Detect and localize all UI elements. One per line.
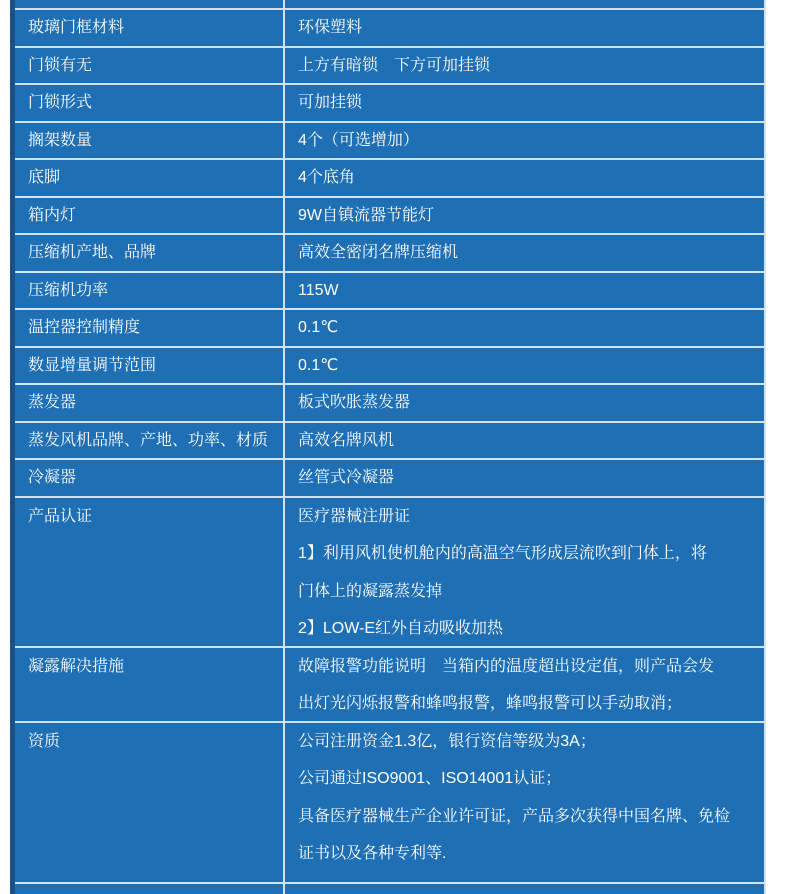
spec-label-cell: 压缩机产地、品牌 <box>15 235 285 271</box>
spec-value-line: 9W自镇流器节能灯 <box>298 198 754 234</box>
spec-value-line: 出灯光闪烁报警和蜂鸣报警，蜂鸣报警可以手动取消； <box>298 685 754 721</box>
spec-label: 搁架数量 <box>28 123 273 159</box>
table-row: 箱内灯9W自镇流器节能灯 <box>15 198 764 236</box>
table-row: 压缩机功率115W <box>15 273 764 311</box>
table-row: 玻璃门框材料环保塑料 <box>15 10 764 48</box>
spec-value-line: 0.1℃ <box>298 310 754 346</box>
spec-label-cell: 蒸发风机品牌、产地、功率、材质 <box>15 423 285 459</box>
spec-value-cell: 高效全密闭名牌压缩机 <box>285 235 764 271</box>
spec-value-cell: 丝管式冷凝器 <box>285 460 764 496</box>
spec-table: 玻璃门框材料环保塑料门锁有无上方有暗锁 下方可加挂锁门锁形式可加挂锁搁架数量4个… <box>10 0 766 894</box>
table-row: 冷凝器丝管式冷凝器 <box>15 460 764 498</box>
spec-value-cell: 115W <box>285 273 764 309</box>
spec-label-cell: 凝露解决措施 <box>15 648 285 721</box>
spec-value-cell: 可加挂锁 <box>285 85 764 121</box>
table-row: 门锁形式可加挂锁 <box>15 85 764 123</box>
spec-value-cell <box>285 0 764 8</box>
spec-label-cell: 玻璃门框材料 <box>15 10 285 46</box>
spec-value-line: 医疗器械注册证 <box>298 498 754 536</box>
spec-value-line: 1】利用风机使机舱内的高温空气形成层流吹到门体上，将 <box>298 535 754 573</box>
table-row: 温控器控制精度0.1℃ <box>15 310 764 348</box>
spec-label: 资质 <box>28 723 273 761</box>
spec-value-line: 可加挂锁 <box>298 85 754 121</box>
spec-label: 门锁有无 <box>28 48 273 84</box>
spec-value-cell: 医疗器械注册证1】利用风机使机舱内的高温空气形成层流吹到门体上，将门体上的凝露蒸… <box>285 498 764 646</box>
table-row: 搁架数量4个（可选增加） <box>15 123 764 161</box>
spec-value-cell: 故障报警功能说明 当箱内的温度超出设定值，则产品会发出灯光闪烁报警和蜂鸣报警，蜂… <box>285 648 764 721</box>
table-row: 产品认证医疗器械注册证1】利用风机使机舱内的高温空气形成层流吹到门体上，将门体上… <box>15 498 764 648</box>
spec-label-cell: 温控器控制精度 <box>15 310 285 346</box>
spec-value-line: 高效名牌风机 <box>298 423 754 459</box>
spec-value-line: 证书以及各种专利等. <box>298 835 754 873</box>
spec-label: 冷凝器 <box>28 460 273 496</box>
spec-value-cell: 4个底角 <box>285 160 764 196</box>
spec-label: 压缩机功率 <box>28 273 273 309</box>
spec-value-line: 门体上的凝露蒸发掉 <box>298 573 754 611</box>
spec-value-line: 具备医疗器械生产企业许可证，产品多次获得中国名牌、免检 <box>298 798 754 836</box>
spec-value-cell: 0.1℃ <box>285 310 764 346</box>
spec-label: 蒸发风机品牌、产地、功率、材质 <box>28 423 273 459</box>
spec-value-line: 板式吹胀蒸发器 <box>298 385 754 421</box>
spec-label: 压缩机产地、品牌 <box>28 235 273 271</box>
spec-value-cell: 环保塑料 <box>285 10 764 46</box>
spec-value-line: 公司通过ISO9001、ISO14001认证； <box>298 760 754 798</box>
page: 玻璃门框材料环保塑料门锁有无上方有暗锁 下方可加挂锁门锁形式可加挂锁搁架数量4个… <box>0 0 790 894</box>
table-row-partial-bottom <box>15 884 764 894</box>
spec-label: 数显增量调节范围 <box>28 348 273 384</box>
spec-label: 底脚 <box>28 160 273 196</box>
table-row: 数显增量调节范围0.1℃ <box>15 348 764 386</box>
spec-value-cell <box>285 884 764 894</box>
spec-label-cell: 冷凝器 <box>15 460 285 496</box>
spec-value-cell: 4个（可选增加） <box>285 123 764 159</box>
spec-value-line: 上方有暗锁 下方可加挂锁 <box>298 48 754 84</box>
spec-label-cell: 资质 <box>15 723 285 883</box>
spec-value-cell: 公司注册资金1.3亿，银行资信等级为3A；公司通过ISO9001、ISO1400… <box>285 723 764 883</box>
spec-label: 产品认证 <box>28 498 273 536</box>
spec-label-cell: 搁架数量 <box>15 123 285 159</box>
spec-value-cell: 板式吹胀蒸发器 <box>285 385 764 421</box>
spec-label: 玻璃门框材料 <box>28 10 273 46</box>
spec-label-cell: 门锁形式 <box>15 85 285 121</box>
spec-label-cell: 箱内灯 <box>15 198 285 234</box>
table-row: 蒸发器板式吹胀蒸发器 <box>15 385 764 423</box>
spec-label: 凝露解决措施 <box>28 648 273 686</box>
spec-label-cell: 门锁有无 <box>15 48 285 84</box>
spec-value-line: 公司注册资金1.3亿，银行资信等级为3A； <box>298 723 754 761</box>
table-row: 门锁有无上方有暗锁 下方可加挂锁 <box>15 48 764 86</box>
table-row: 蒸发风机品牌、产地、功率、材质高效名牌风机 <box>15 423 764 461</box>
spec-value-cell: 上方有暗锁 下方可加挂锁 <box>285 48 764 84</box>
spec-label: 箱内灯 <box>28 198 273 234</box>
spec-label-cell: 产品认证 <box>15 498 285 646</box>
spec-value-line: 4个底角 <box>298 160 754 196</box>
spec-label: 温控器控制精度 <box>28 310 273 346</box>
spec-value-line: 2】LOW-E红外自动吸收加热 <box>298 610 754 646</box>
spec-value-line: 0.1℃ <box>298 348 754 384</box>
spec-value-line: 故障报警功能说明 当箱内的温度超出设定值，则产品会发 <box>298 648 754 686</box>
spec-value-line: 4个（可选增加） <box>298 123 754 159</box>
table-row: 凝露解决措施故障报警功能说明 当箱内的温度超出设定值，则产品会发出灯光闪烁报警和… <box>15 648 764 723</box>
spec-label-cell <box>15 884 285 894</box>
spec-label-cell: 底脚 <box>15 160 285 196</box>
spec-label-cell: 数显增量调节范围 <box>15 348 285 384</box>
table-row: 压缩机产地、品牌高效全密闭名牌压缩机 <box>15 235 764 273</box>
spec-value-line: 高效全密闭名牌压缩机 <box>298 235 754 271</box>
spec-value-line: 丝管式冷凝器 <box>298 460 754 496</box>
spec-label: 蒸发器 <box>28 385 273 421</box>
spec-label-cell: 蒸发器 <box>15 385 285 421</box>
spec-label-cell <box>15 0 285 8</box>
spec-label-cell: 压缩机功率 <box>15 273 285 309</box>
spec-label: 门锁形式 <box>28 85 273 121</box>
spec-value-cell: 9W自镇流器节能灯 <box>285 198 764 234</box>
spec-value-line: 环保塑料 <box>298 10 754 46</box>
spec-value-cell: 0.1℃ <box>285 348 764 384</box>
spec-value-line: 115W <box>298 273 754 309</box>
table-row-partial-top <box>15 0 764 10</box>
table-row: 底脚4个底角 <box>15 160 764 198</box>
table-row: 资质公司注册资金1.3亿，银行资信等级为3A；公司通过ISO9001、ISO14… <box>15 723 764 885</box>
spec-value-cell: 高效名牌风机 <box>285 423 764 459</box>
